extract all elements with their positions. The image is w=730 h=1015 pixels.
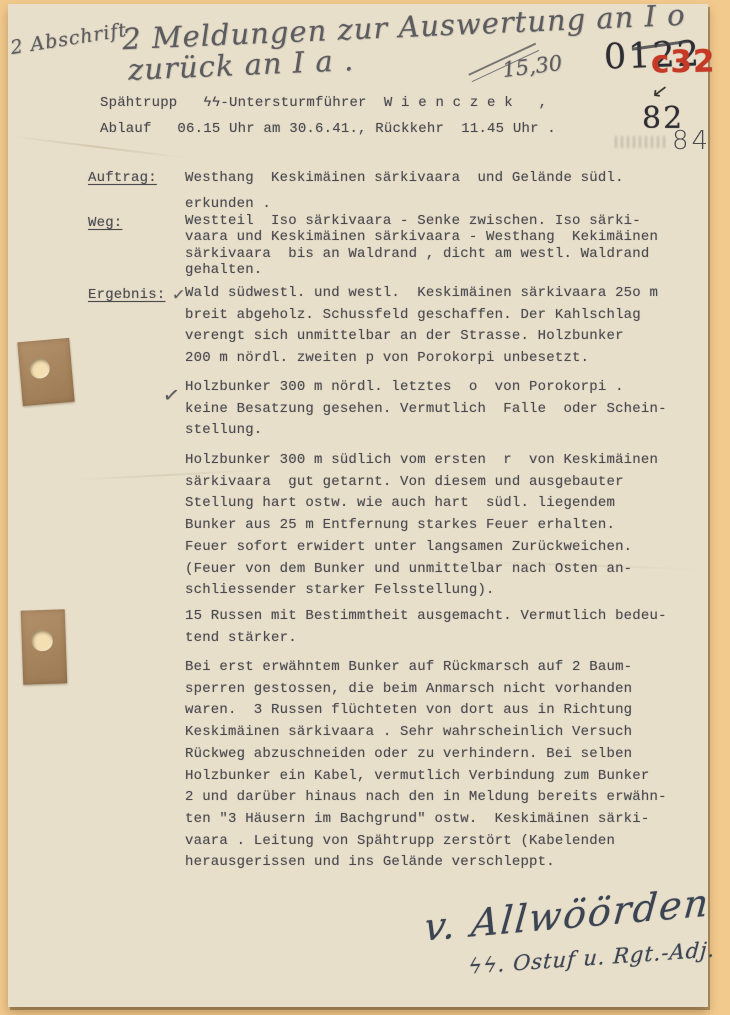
pencil-check-arrow: ↙	[651, 79, 670, 103]
text-line: breit abgeholz. Schussfeld geschaffen. D…	[185, 305, 658, 327]
text-line: tend stärker.	[185, 628, 667, 650]
text-line: keine Besatzung gesehen. Vermutlich Fall…	[185, 399, 667, 421]
text-line: ten "3 Häusern im Bachgrund" ostw. Keski…	[185, 809, 667, 831]
text-line: (Feuer von dem Bunker und unmittelbar na…	[185, 559, 658, 581]
punched-hole	[31, 630, 53, 652]
ergebnis-paragraph-4: 15 Russen mit Bestimmtheit ausgemacht. V…	[185, 606, 667, 649]
text-line: 2 und darüber hinaus nach den in Meldung…	[185, 787, 667, 809]
text-line: Westteil Iso särkivaara - Senke zwischen…	[185, 213, 658, 229]
hole-reinforcement-patch	[21, 609, 68, 684]
text-line: Keskimäinen särkivaara . Sehr wahrschein…	[185, 722, 667, 744]
text-line: herausgerissen und ins Gelände verschlep…	[185, 852, 667, 874]
section-label-auftrag: Auftrag:	[88, 170, 157, 186]
text-line: stellung.	[185, 420, 667, 442]
text-line: Holzbunker 300 m nördl. letztes o von Po…	[185, 377, 667, 399]
text-line: särkivaara bis an Waldrand , dicht am we…	[185, 246, 658, 262]
text-line: Stellung hart ostw. wie auch hart südl. …	[185, 493, 658, 515]
text-line: Ablauf 06.15 Uhr am 30.6.41., Rückkehr 1…	[100, 116, 556, 142]
text-line: 15 Russen mit Bestimmtheit ausgemacht. V…	[185, 606, 667, 628]
text-line: 200 m nördl. zweiten p von Porokorpi unb…	[185, 348, 658, 370]
ergebnis-paragraph-5: Bei erst erwähntem Bunker auf Rückmarsch…	[185, 657, 667, 874]
text-line: Rückweg abzuschneiden oder zu verhindern…	[185, 744, 667, 766]
document-scan: 2 Abschrift 2 Meldungen zur Auswertung a…	[0, 0, 730, 1015]
red-file-number-stamp: c32	[651, 43, 716, 80]
pencil-checkmark: ✓	[161, 382, 181, 408]
ergebnis-paragraph-3: Holzbunker 300 m südlich vom ersten r vo…	[185, 450, 658, 602]
faint-stamp-marks	[615, 136, 667, 148]
text-line: Holzbunker 300 m südlich vom ersten r vo…	[185, 450, 658, 472]
text-line: Spähtrupp ϟϟ-Untersturmführer W i e n c …	[100, 90, 556, 116]
section-auftrag-text: Westhang Keskimäinen särkivaara und Gelä…	[185, 165, 624, 217]
text-line: Holzbunker ein Kabel, vermutlich Verbind…	[185, 766, 667, 788]
text-line: Wald südwestl. und westl. Keskimäinen sä…	[185, 283, 658, 305]
text-line: Bei erst erwähntem Bunker auf Rückmarsch…	[185, 657, 667, 679]
section-label-weg: Weg:	[88, 215, 122, 231]
hole-reinforcement-patch	[17, 338, 74, 406]
text-line: schliessender starker Felsstellung).	[185, 580, 658, 602]
report-header: Spähtrupp ϟϟ-Untersturmführer W i e n c …	[100, 90, 556, 142]
page-number-stamp-84: 84	[672, 126, 711, 156]
text-line: sperren gestossen, die beim Anmarsch nic…	[185, 679, 667, 701]
text-line: Feuer sofort erwidert unter langsamen Zu…	[185, 537, 658, 559]
text-line: särkivaara gut getarnt. Von diesem und a…	[185, 472, 658, 494]
text-line: vaara und Keskimäinen särkivaara - Westh…	[185, 229, 658, 245]
text-line: Westhang Keskimäinen särkivaara und Gelä…	[185, 165, 624, 191]
text-line: waren. 3 Russen flüchteten von dort aus …	[185, 700, 667, 722]
text-line: gehalten.	[185, 262, 658, 278]
text-line: vaara . Leitung von Spähtrupp zerstört (…	[185, 831, 667, 853]
section-label-ergebnis: Ergebnis:	[88, 287, 165, 303]
text-line: Bunker aus 25 m Entfernung starkes Feuer…	[185, 515, 658, 537]
text-line: verengt sich unmittelbar an der Strasse.…	[185, 326, 658, 348]
section-weg-text: Westteil Iso särkivaara - Senke zwischen…	[185, 213, 658, 278]
pencil-checkmark: ✓	[171, 284, 186, 304]
ergebnis-paragraph-1: Wald südwestl. und westl. Keskimäinen sä…	[185, 283, 658, 370]
ergebnis-paragraph-2: Holzbunker 300 m nördl. letztes o von Po…	[185, 377, 667, 442]
punched-hole	[29, 358, 51, 380]
